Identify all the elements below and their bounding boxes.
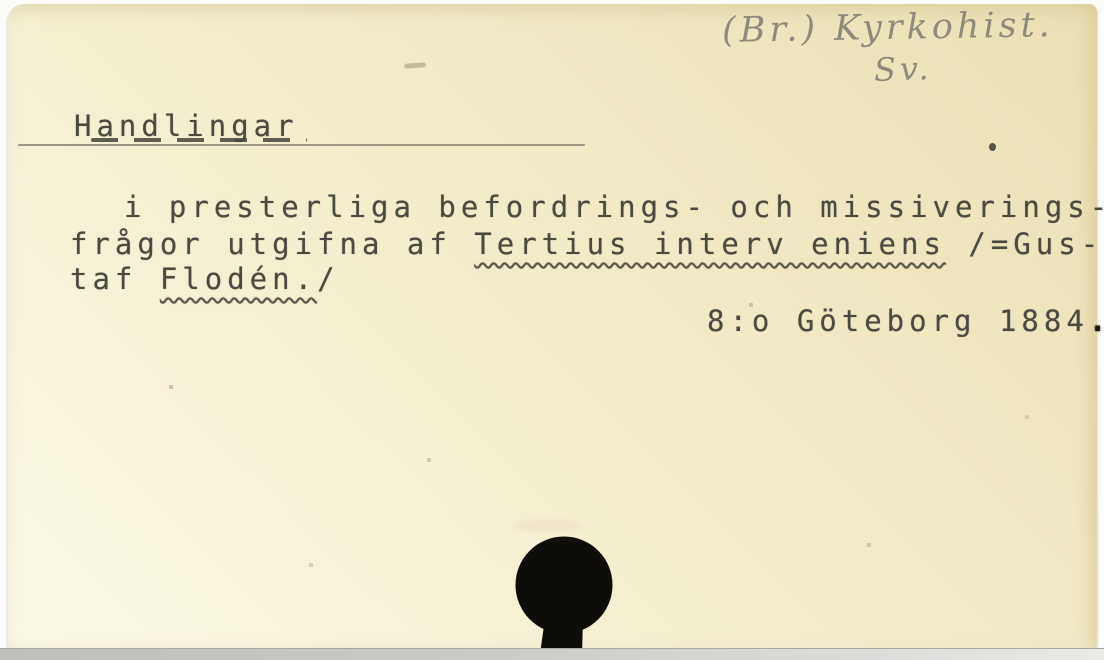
handwritten-classification-line2: Sv. bbox=[873, 49, 933, 89]
body-line-1: i presterliga befordrings- och missiveri… bbox=[124, 190, 1104, 224]
faint-smudge bbox=[513, 519, 583, 532]
punch-hole-keyhole bbox=[506, 532, 626, 656]
stray-pencil-dash bbox=[404, 62, 426, 69]
heading-underline-rule bbox=[18, 144, 585, 146]
heading-underline-dashes bbox=[91, 138, 307, 142]
scanned-catalog-card: (Br.) Kyrkohist. Sv. Handlingar i preste… bbox=[0, 0, 1104, 660]
body-line-3: taf Flodén./ bbox=[70, 262, 340, 296]
handwritten-classification-line1: (Br.) Kyrkohist. bbox=[722, 5, 1054, 51]
body-line-3-prefix: taf bbox=[70, 262, 160, 296]
body-line-2-prefix: frågor utgifna af bbox=[70, 227, 474, 261]
underlined-author-pseudonym: Tertius interv eniens bbox=[474, 227, 946, 261]
index-card: (Br.) Kyrkohist. Sv. Handlingar i preste… bbox=[8, 4, 1097, 650]
imprint-heavy-period: . bbox=[1089, 304, 1104, 338]
imprint-line: 8:o Göteborg 1884. bbox=[707, 304, 1104, 338]
body-line-2: frågor utgifna af Tertius interv eniens … bbox=[70, 227, 1103, 261]
body-line-2-suffix: /=Gus- bbox=[946, 227, 1103, 261]
paper-specks bbox=[8, 4, 10, 6]
scan-bottom-edge bbox=[0, 648, 1104, 660]
body-line-3-suffix: / bbox=[317, 262, 339, 296]
stray-ink-dot bbox=[989, 143, 996, 151]
imprint-text: 8:o Göteborg 1884 bbox=[707, 304, 1089, 338]
underlined-author-name: Flodén. bbox=[160, 262, 317, 296]
